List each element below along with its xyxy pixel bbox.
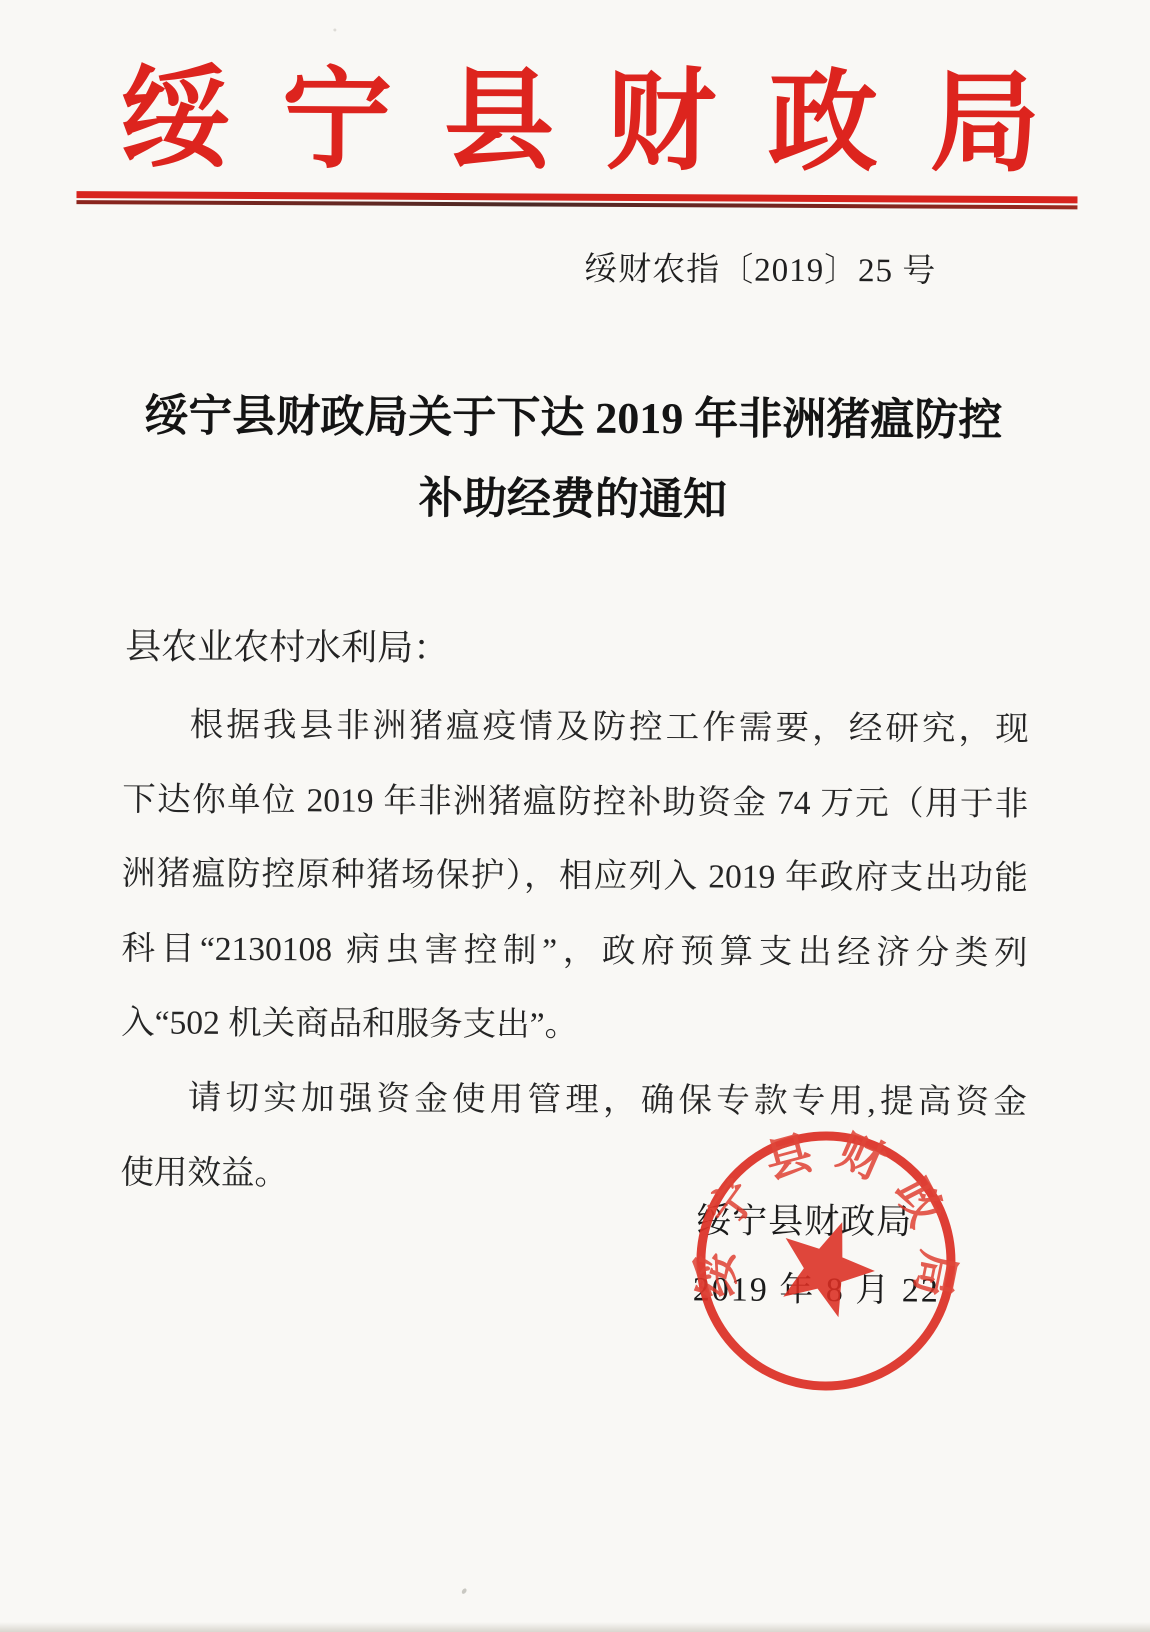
- paragraph1-line5: 入“502 机关商品和服务支出”。: [121, 987, 1027, 1066]
- paragraph1-line4: 科目“2130108 病虫害控制”，政府预算支出经济分类列: [121, 912, 1027, 991]
- paragraph1-line2: 下达你单位 2019 年非洲猪瘟防控补助资金 74 万元（用于非: [122, 763, 1028, 842]
- document-number: 绥财农指〔2019〕25 号: [584, 243, 936, 292]
- document-title-line1: 绥宁县财政局关于下达 2019 年非洲猪瘟防控: [0, 375, 1149, 462]
- signature-date: 2019 年 8 月 22: [693, 1261, 940, 1311]
- body-text: 根据我县非洲猪瘟疫情及防控工作需要，经研究，现 下达你单位 2019 年非洲猪瘟…: [120, 688, 1029, 1215]
- paragraph1-line1: 根据我县非洲猪瘟疫情及防控工作需要，经研究，现: [123, 688, 1029, 767]
- paragraph2-line1: 请切实加强资金使用管理，确保专款专用,提高资金: [121, 1061, 1027, 1140]
- document-title: 绥宁县财政局关于下达 2019 年非洲猪瘟防控 补助经费的通知: [0, 375, 1149, 543]
- paragraph1-line3: 洲猪瘟防控原种猪场保护），相应列入 2019 年政府支出功能: [122, 838, 1028, 917]
- letterhead-agency-title: 绥 宁 县 财 政 局: [120, 50, 1041, 193]
- scanned-document-page: 绥 宁 县 财 政 局 绥财农指〔2019〕25 号 绥宁县财政局关于下达 20…: [0, 0, 1150, 1632]
- letterhead-rule: [76, 191, 1077, 209]
- recipient-line: 县农业农村水利局：: [125, 618, 449, 671]
- scan-speck: [461, 1588, 468, 1595]
- scanner-edge-shadow: [0, 1622, 1150, 1632]
- scan-speck: [333, 28, 336, 31]
- signature-agency: 绥宁县财政局: [696, 1193, 912, 1244]
- document-title-line2: 补助经费的通知: [0, 456, 1148, 543]
- scan-content: 绥 宁 县 财 政 局 绥财农指〔2019〕25 号 绥宁县财政局关于下达 20…: [0, 0, 1150, 1632]
